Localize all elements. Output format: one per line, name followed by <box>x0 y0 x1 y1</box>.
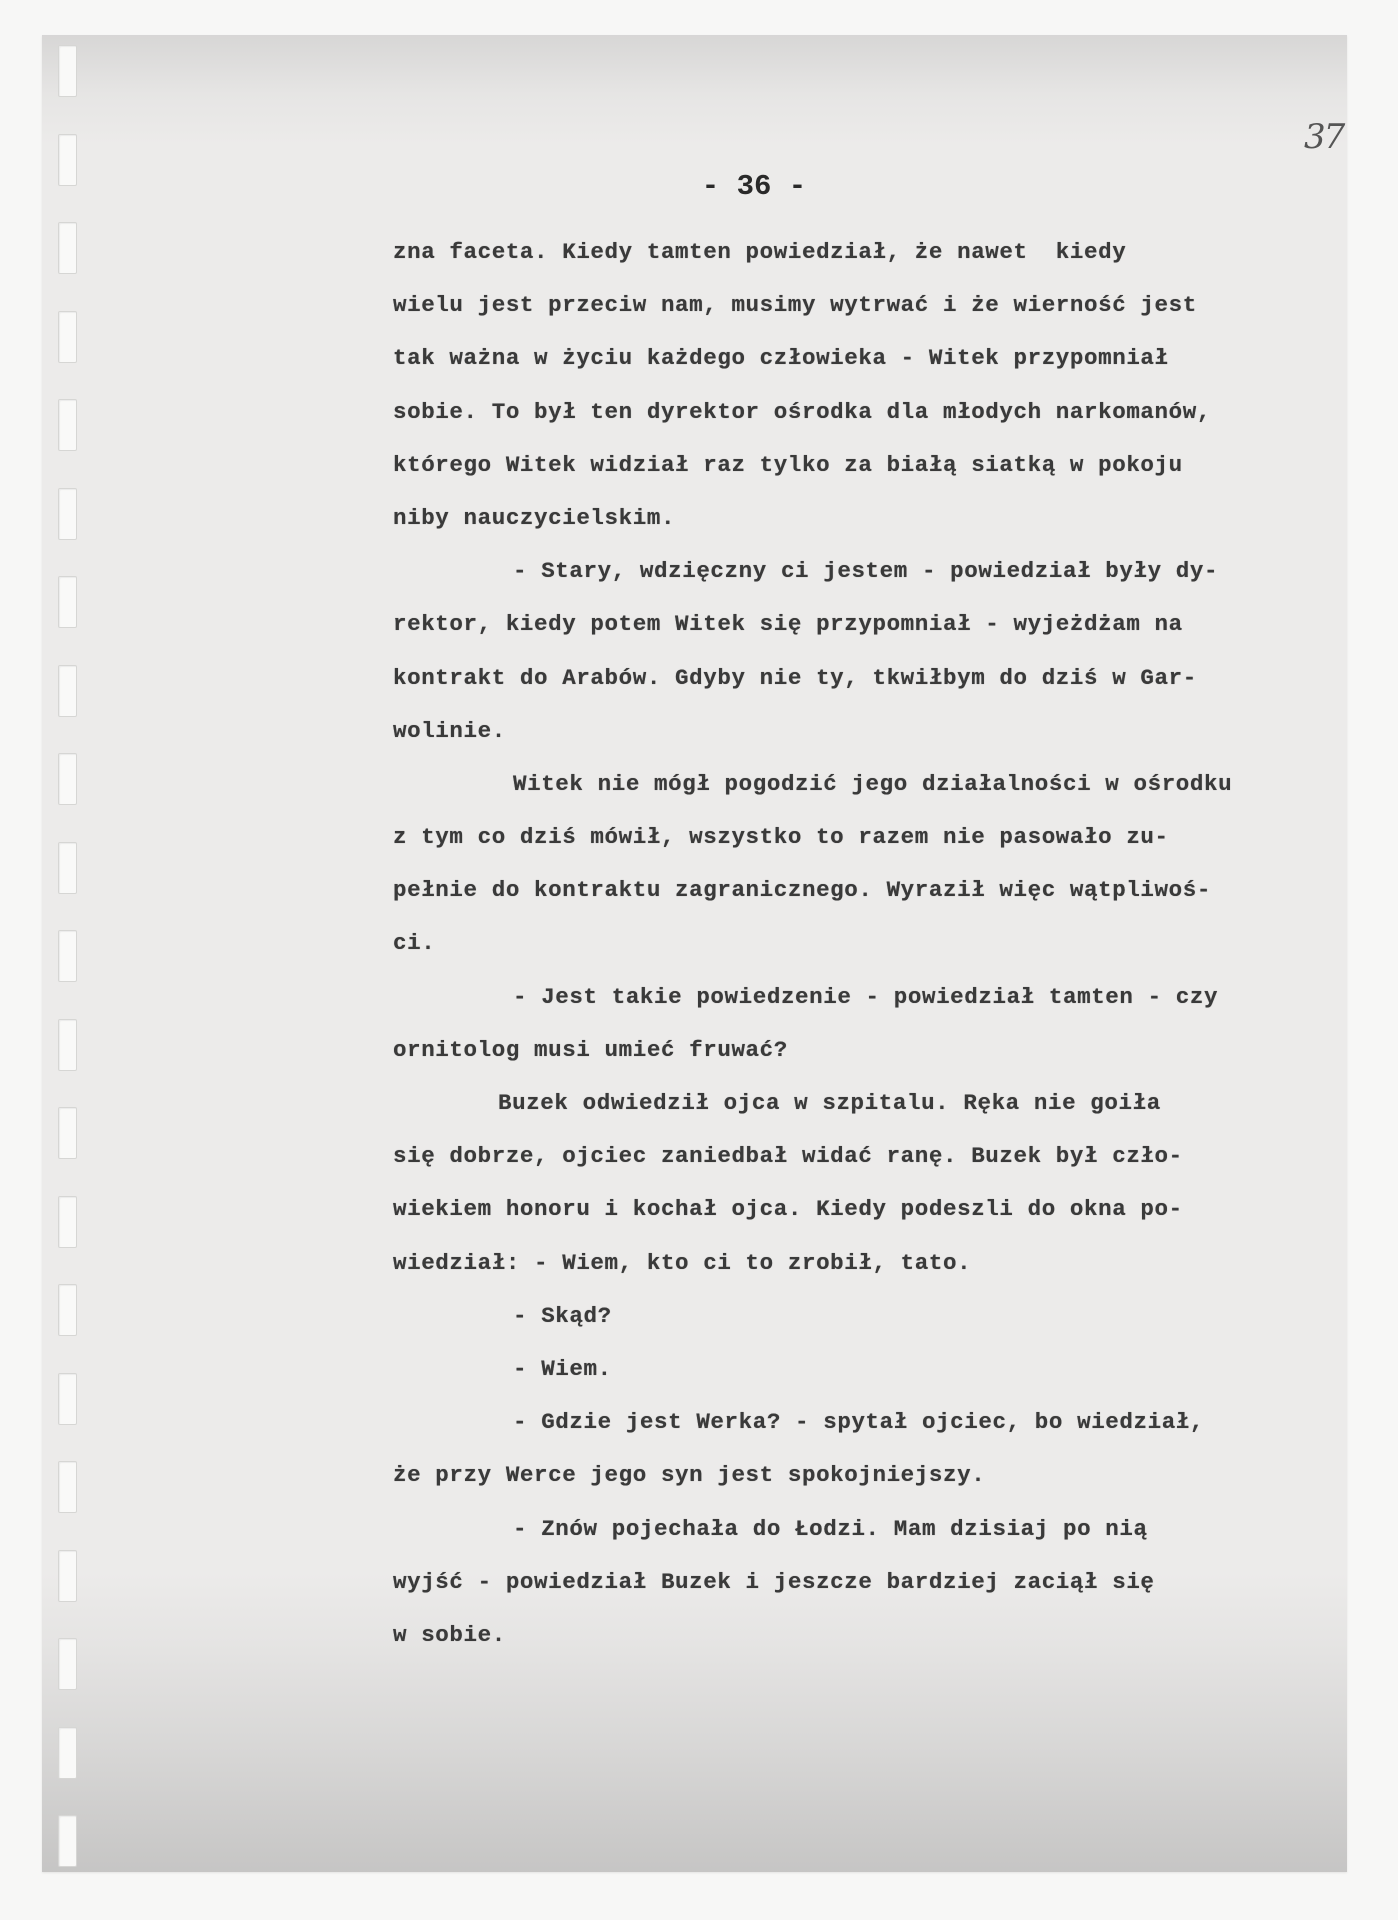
text-line: - Stary, wdzięczny ci jestem - powiedzia… <box>393 545 1343 598</box>
text-line: - Gdzie jest Werka? - spytał ojciec, bo … <box>393 1396 1343 1449</box>
text-line: którego Witek widział raz tylko za białą… <box>393 439 1343 492</box>
binder-hole <box>58 1107 77 1159</box>
binder-hole <box>58 665 77 717</box>
text-line: że przy Werce jego syn jest spokojniejsz… <box>393 1449 1343 1502</box>
binder-hole <box>58 222 77 274</box>
typewritten-body: zna faceta. Kiedy tamten powiedział, że … <box>393 226 1343 1662</box>
text-line: wiedział: - Wiem, kto ci to zrobił, tato… <box>393 1237 1343 1290</box>
handwritten-page-number: 37 <box>1304 117 1343 157</box>
text-line: kontrakt do Arabów. Gdyby nie ty, tkwiłb… <box>393 652 1343 705</box>
binder-holes <box>58 45 78 1865</box>
text-line: się dobrze, ojciec zaniedbał widać ranę.… <box>393 1130 1343 1183</box>
text-line: ornitolog musi umieć fruwać? <box>393 1024 1343 1077</box>
binder-hole <box>58 488 77 540</box>
text-line: Witek nie mógł pogodzić jego działalnośc… <box>393 758 1343 811</box>
text-line: z tym co dziś mówił, wszystko to razem n… <box>393 811 1343 864</box>
binder-hole <box>58 399 77 451</box>
text-line: zna faceta. Kiedy tamten powiedział, że … <box>393 226 1343 279</box>
binder-hole <box>58 1815 77 1867</box>
text-line: wyjść - powiedział Buzek i jeszcze bardz… <box>393 1556 1343 1609</box>
binder-hole <box>58 311 77 363</box>
binder-hole <box>58 1019 77 1071</box>
text-line: - Wiem. <box>393 1343 1343 1396</box>
text-line: rektor, kiedy potem Witek się przypomnia… <box>393 598 1343 651</box>
text-line: w sobie. <box>393 1609 1343 1662</box>
text-line: - Jest takie powiedzenie - powiedział ta… <box>393 971 1343 1024</box>
text-line: - Znów pojechała do Łodzi. Mam dzisiaj p… <box>393 1503 1343 1556</box>
binder-hole <box>58 1461 77 1513</box>
binder-hole <box>58 753 77 805</box>
text-line: wiekiem honoru i kochał ojca. Kiedy pode… <box>393 1183 1343 1236</box>
text-line: niby nauczycielskim. <box>393 492 1343 545</box>
text-line: tak ważna w życiu każdego człowieka - Wi… <box>393 332 1343 385</box>
binder-hole <box>58 930 77 982</box>
text-line: pełnie do kontraktu zagranicznego. Wyraz… <box>393 864 1343 917</box>
binder-hole <box>58 1727 77 1779</box>
binder-hole <box>58 1550 77 1602</box>
text-line: ci. <box>393 917 1343 970</box>
text-line: - Skąd? <box>393 1290 1343 1343</box>
binder-hole <box>58 1196 77 1248</box>
binder-hole <box>58 576 77 628</box>
binder-hole <box>58 1638 77 1690</box>
text-line: sobie. To był ten dyrektor ośrodka dla m… <box>393 386 1343 439</box>
binder-hole <box>58 45 77 97</box>
typed-page-number: - 36 - <box>0 170 1398 203</box>
binder-hole <box>58 1373 77 1425</box>
text-line: wolinie. <box>393 705 1343 758</box>
text-line: wielu jest przeciw nam, musimy wytrwać i… <box>393 279 1343 332</box>
binder-hole <box>58 842 77 894</box>
text-line: Buzek odwiedził ojca w szpitalu. Ręka ni… <box>393 1077 1343 1130</box>
binder-hole <box>58 1284 77 1336</box>
